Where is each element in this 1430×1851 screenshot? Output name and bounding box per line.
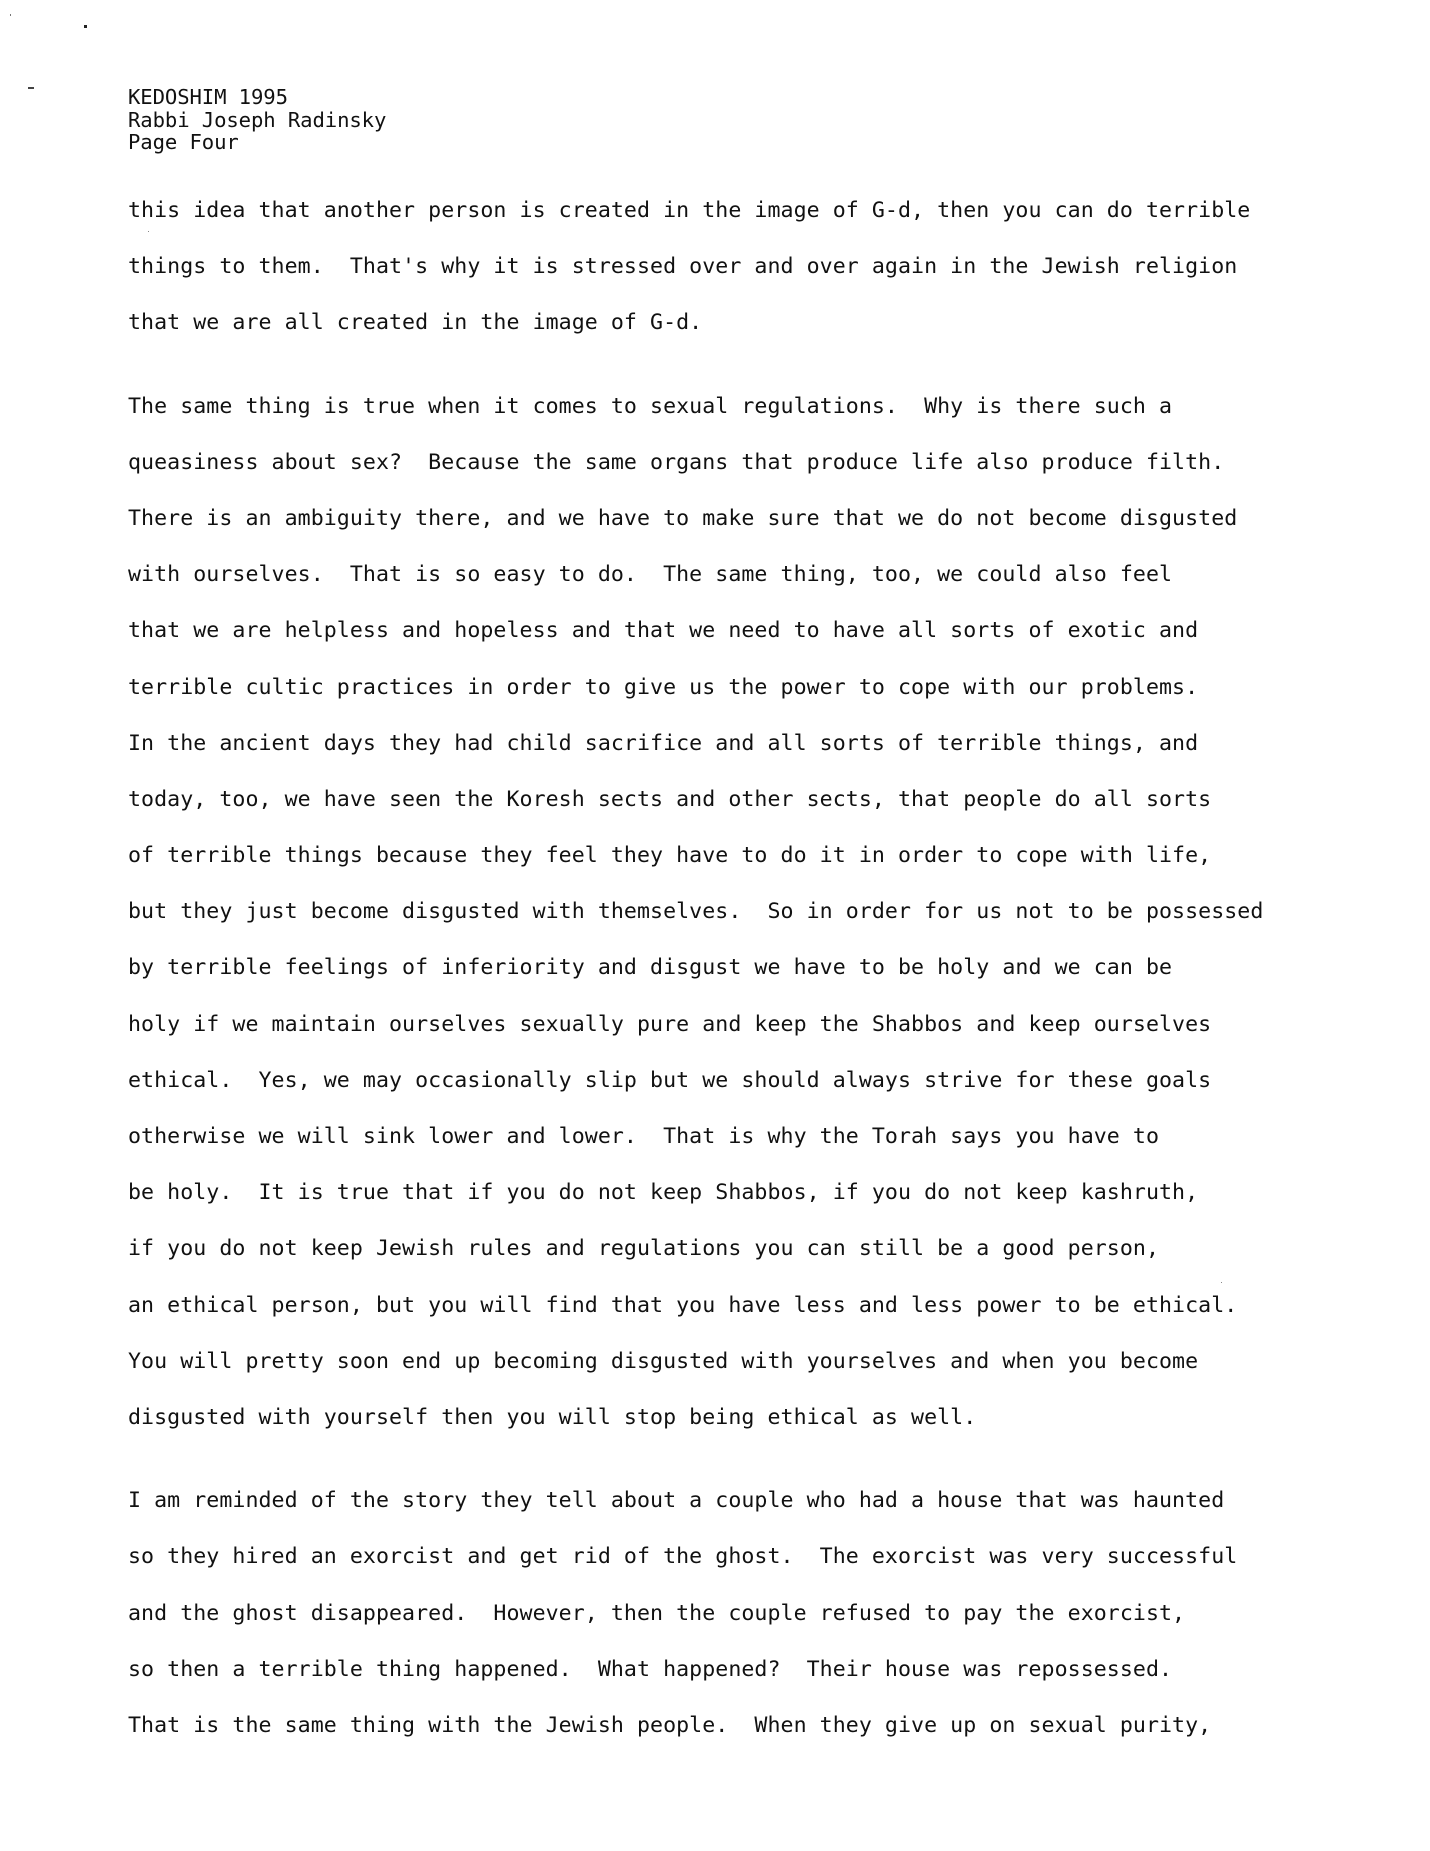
page-label: Page Four [128, 131, 386, 154]
page-header: KEDOSHIM 1995 Rabbi Joseph Radinsky Page… [128, 86, 386, 154]
text-line: holy if we maintain ourselves sexually p… [128, 1009, 1263, 1065]
text-line: You will pretty soon end up becoming dis… [128, 1346, 1263, 1402]
text-line: That is the same thing with the Jewish p… [128, 1710, 1263, 1766]
document-body: this idea that another person is created… [128, 195, 1263, 1766]
text-line: The same thing is true when it comes to … [128, 391, 1263, 447]
text-line: There is an ambiguity there, and we have… [128, 503, 1263, 559]
text-line: an ethical person, but you will find tha… [128, 1290, 1263, 1346]
text-line: queasiness about sex? Because the same o… [128, 447, 1263, 503]
text-line: by terrible feelings of inferiority and … [128, 952, 1263, 1008]
text-line: but they just become disgusted with them… [128, 896, 1263, 952]
scan-speck [10, 14, 11, 16]
text-line: if you do not keep Jewish rules and regu… [128, 1233, 1263, 1289]
text-line: so then a terrible thing happened. What … [128, 1654, 1263, 1710]
text-line: ethical. Yes, we may occasionally slip b… [128, 1065, 1263, 1121]
paragraph: I am reminded of the story they tell abo… [128, 1485, 1263, 1766]
document-page: KEDOSHIM 1995 Rabbi Joseph Radinsky Page… [0, 0, 1430, 1851]
text-line: otherwise we will sink lower and lower. … [128, 1121, 1263, 1177]
scan-mark [28, 87, 34, 89]
scan-speck [84, 25, 87, 28]
document-author: Rabbi Joseph Radinsky [128, 109, 386, 132]
paragraph: The same thing is true when it comes to … [128, 391, 1263, 1459]
text-line: that we are all created in the image of … [128, 307, 1263, 363]
text-line: I am reminded of the story they tell abo… [128, 1485, 1263, 1541]
text-line: so they hired an exorcist and get rid of… [128, 1541, 1263, 1597]
text-line: things to them. That's why it is stresse… [128, 251, 1263, 307]
text-line: terrible cultic practices in order to gi… [128, 672, 1263, 728]
text-line: and the ghost disappeared. However, then… [128, 1598, 1263, 1654]
text-line: today, too, we have seen the Koresh sect… [128, 784, 1263, 840]
text-line: that we are helpless and hopeless and th… [128, 615, 1263, 671]
paragraph: this idea that another person is created… [128, 195, 1263, 364]
text-line: this idea that another person is created… [128, 195, 1263, 251]
text-line: In the ancient days they had child sacri… [128, 728, 1263, 784]
document-title: KEDOSHIM 1995 [128, 86, 386, 109]
text-line: be holy. It is true that if you do not k… [128, 1177, 1263, 1233]
text-line: disgusted with yourself then you will st… [128, 1402, 1263, 1458]
text-line: of terrible things because they feel the… [128, 840, 1263, 896]
text-line: with ourselves. That is so easy to do. T… [128, 559, 1263, 615]
